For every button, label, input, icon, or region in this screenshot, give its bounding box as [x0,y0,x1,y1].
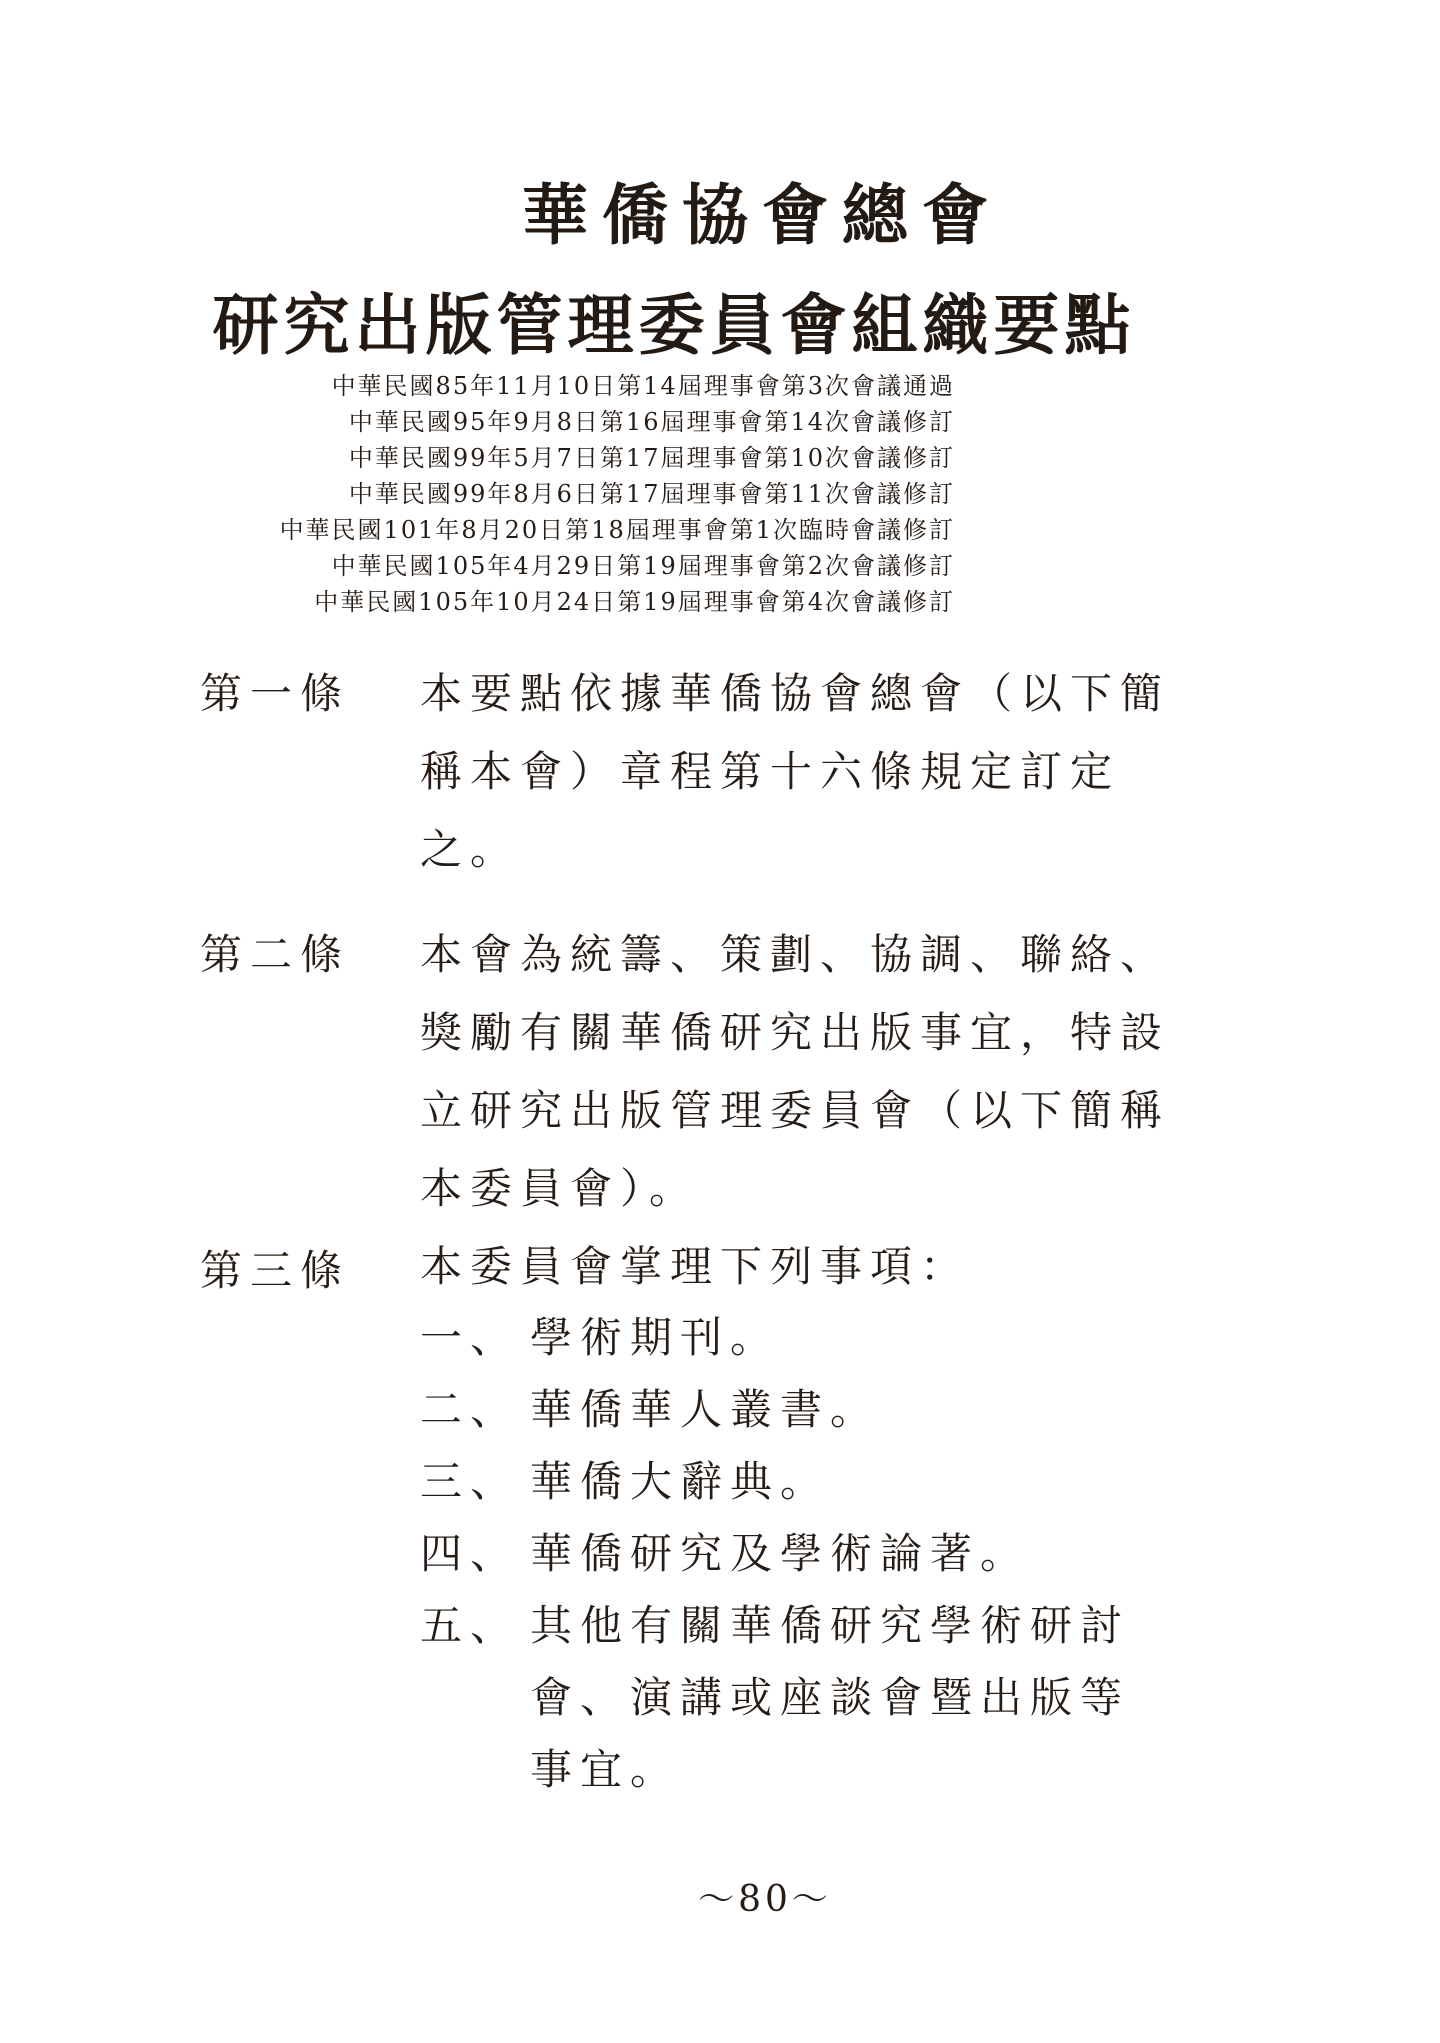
page-number: ～80～ [45,1878,1440,1922]
list-item-text: 華僑研究及學術論著。 [530,1518,1030,1590]
article-3-intro: 本委員會掌理下列事項： [420,1232,1130,1302]
article-text-line: 之。 [420,811,1170,889]
article-text-line: 本委員會）。 [420,1150,1170,1228]
list-item: 五、 其他有關華僑研究學術研討 會、演講或座談會暨出版等 事宜。 [420,1590,1130,1806]
list-item-line: 華僑大辭典。 [530,1446,830,1518]
article-3: 第三條 本委員會掌理下列事項： 一、 學術期刊。 二、 華僑華人叢書。 [200,1232,1260,1806]
title-line-1: 華僑協會總會 [42,160,1440,270]
article-3-body: 本委員會掌理下列事項： 一、 學術期刊。 二、 華僑華人叢書。 三、 [420,1232,1130,1806]
revision-entry: 中華民國95年9月8日第16屆理事會第14次會議修訂 [280,404,955,440]
article-text-line: 立研究出版管理委員會（以下簡稱 [420,1072,1170,1150]
list-item-number: 四、 [420,1518,530,1590]
list-item-text: 學術期刊。 [530,1302,780,1374]
list-item: 一、 學術期刊。 [420,1302,1130,1374]
article-1: 第一條 本要點依據華僑協會總會（以下簡 稱本會）章程第十六條規定訂定 之。 [200,655,1260,889]
list-item-line: 其他有關華僑研究學術研討 [530,1590,1130,1662]
list-item: 四、 華僑研究及學術論著。 [420,1518,1130,1590]
title-line-2: 研究出版管理委員會組織要點 [0,270,1394,380]
list-item-number: 五、 [420,1590,530,1662]
article-text-line: 稱本會）章程第十六條規定訂定 [420,733,1170,811]
article-text-line: 本會為統籌、策劃、協調、聯絡、 [420,916,1170,994]
list-item-number: 三、 [420,1446,530,1518]
list-item-number: 二、 [420,1374,530,1446]
list-item-text: 華僑華人叢書。 [530,1374,880,1446]
list-item-text: 華僑大辭典。 [530,1446,830,1518]
article-3-label: 第三條 [200,1232,360,1310]
revision-history: 中華民國85年11月10日第14屆理事會第3次會議通過 中華民國95年9月8日第… [280,368,955,620]
document-page: 華僑協會總會 研究出版管理委員會組織要點 中華民國85年11月10日第14屆理事… [0,0,1440,2043]
list-item-line: 華僑華人叢書。 [530,1374,880,1446]
revision-entry: 中華民國105年4月29日第19屆理事會第2次會議修訂 [280,548,955,584]
article-3-item-list: 一、 學術期刊。 二、 華僑華人叢書。 三、 華僑大辭典。 [420,1302,1130,1806]
article-text-line: 本要點依據華僑協會總會（以下簡 [420,655,1170,733]
list-item-number: 一、 [420,1302,530,1374]
document-title: 華僑協會總會 研究出版管理委員會組織要點 [0,160,1440,380]
revision-entry: 中華民國101年8月20日第18屆理事會第1次臨時會議修訂 [280,512,955,548]
list-item: 三、 華僑大辭典。 [420,1446,1130,1518]
list-item-text: 其他有關華僑研究學術研討 會、演講或座談會暨出版等 事宜。 [530,1590,1130,1806]
article-1-label: 第一條 [200,655,360,733]
revision-entry: 中華民國99年8月6日第17屆理事會第11次會議修訂 [280,476,955,512]
article-2-body: 本會為統籌、策劃、協調、聯絡、 獎勵有關華僑研究出版事宜，特設 立研究出版管理委… [420,916,1170,1228]
list-item-line: 會、演講或座談會暨出版等 [530,1662,1130,1734]
article-text-line: 獎勵有關華僑研究出版事宜，特設 [420,994,1170,1072]
list-item-line: 華僑研究及學術論著。 [530,1518,1030,1590]
article-2: 第二條 本會為統籌、策劃、協調、聯絡、 獎勵有關華僑研究出版事宜，特設 立研究出… [200,916,1260,1228]
article-2-label: 第二條 [200,916,360,994]
revision-entry: 中華民國85年11月10日第14屆理事會第3次會議通過 [280,368,955,404]
revision-entry: 中華民國105年10月24日第19屆理事會第4次會議修訂 [280,584,955,620]
list-item-line: 學術期刊。 [530,1302,780,1374]
list-item: 二、 華僑華人叢書。 [420,1374,1130,1446]
revision-entry: 中華民國99年5月7日第17屆理事會第10次會議修訂 [280,440,955,476]
article-1-body: 本要點依據華僑協會總會（以下簡 稱本會）章程第十六條規定訂定 之。 [420,655,1170,889]
list-item-line: 事宜。 [530,1734,1130,1806]
